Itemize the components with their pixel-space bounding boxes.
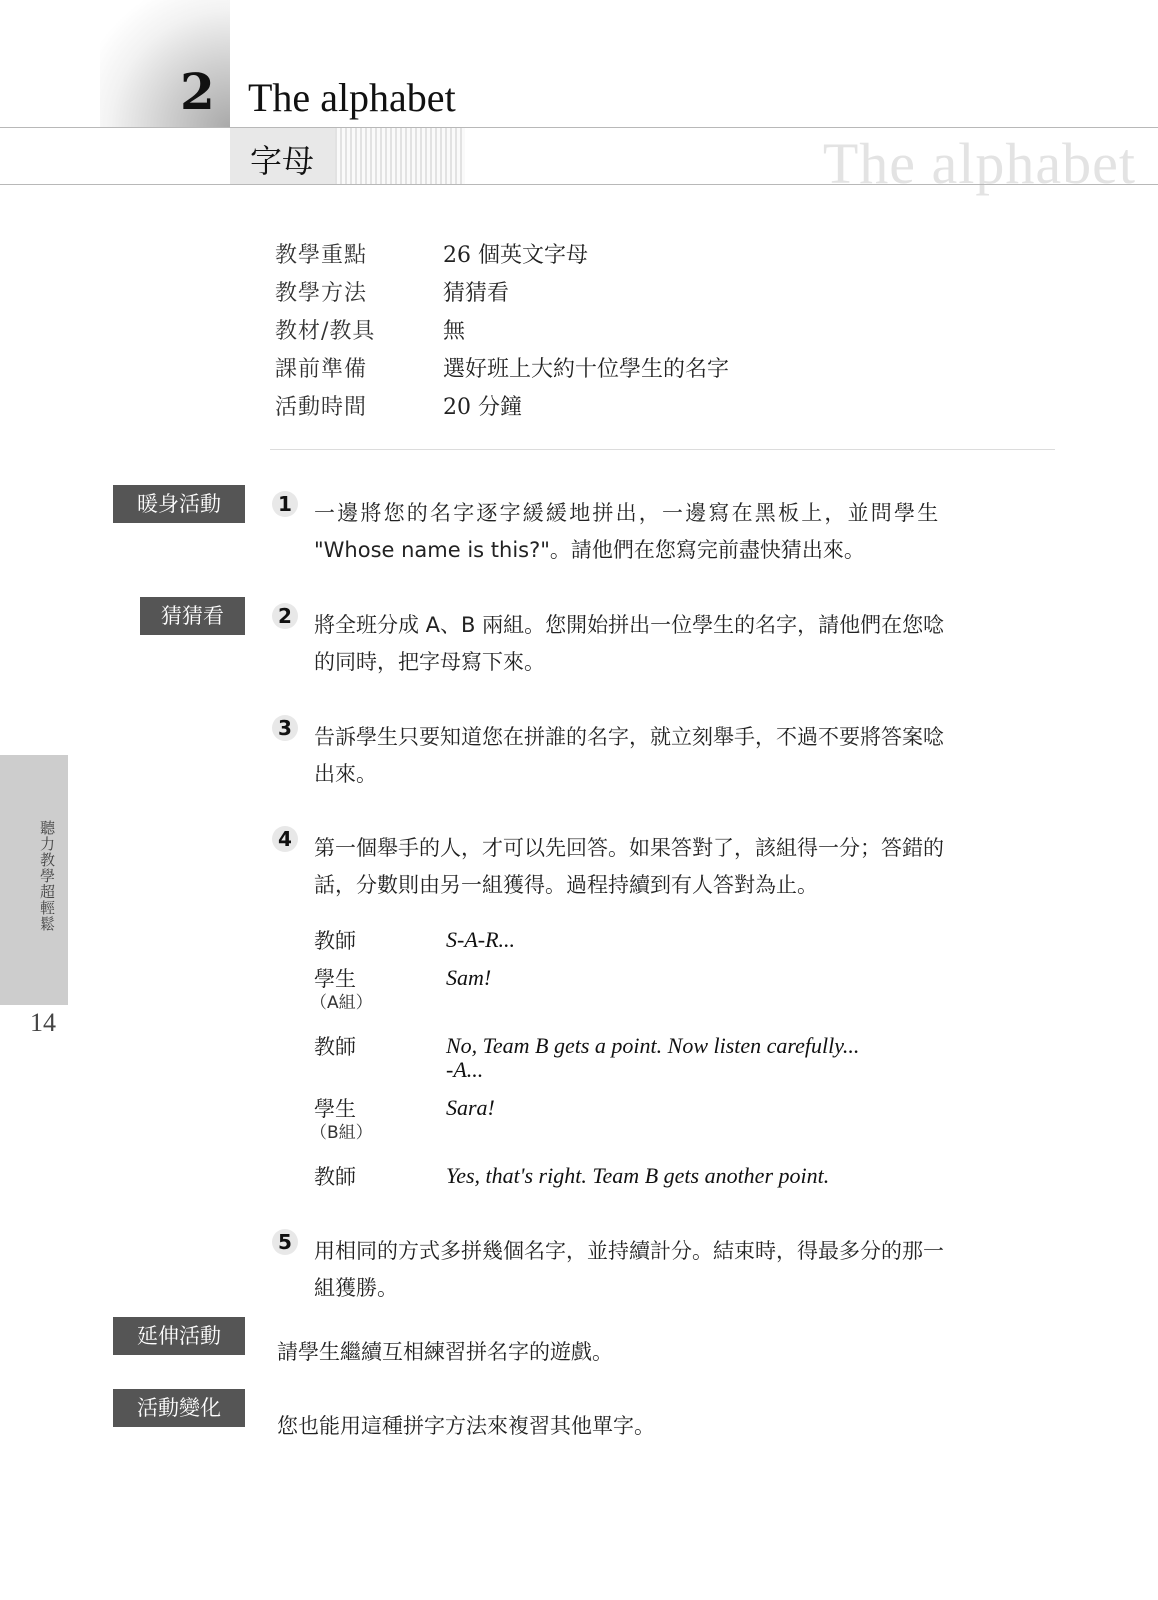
- chapter-title: The alphabet: [248, 74, 456, 121]
- info-value: 無: [443, 314, 465, 345]
- tag-variation: 活動變化: [113, 1389, 245, 1427]
- step-text: 第一個舉手的人，才可以先回答。如果答對了，該組得一分；答錯的 話，分數則由另一組…: [314, 830, 944, 904]
- dialogue-line: Sam!: [446, 966, 491, 1034]
- dialogue-line: S-A-R...: [446, 928, 515, 966]
- info-value: 26 個英文字母: [443, 238, 588, 269]
- step-number-badge: 5: [272, 1229, 298, 1255]
- step-text-line: 的同時，把字母寫下來。: [314, 644, 944, 681]
- extension-text: 請學生繼續互相練習拼名字的遊戲。: [277, 1336, 613, 1366]
- page-number: 14: [30, 1008, 56, 1038]
- step-text: 告訴學生只要知道您在拼誰的名字，就立刻舉手，不過不要將答案唸 出來。: [314, 719, 944, 793]
- dialogue-line: No, Team B gets a point. Now listen care…: [446, 1034, 859, 1096]
- dialogue-row: 教師 No, Team B gets a point. Now listen c…: [314, 1034, 1014, 1096]
- info-row: 教材/教具 無: [275, 310, 729, 348]
- tag-guess: 猜猜看: [140, 597, 245, 635]
- step-text-line: 將全班分成 A、B 兩組。您開始拼出一位學生的名字，請他們在您唸: [314, 607, 944, 644]
- info-row: 教學方法 猜猜看: [275, 272, 729, 310]
- info-value: 選好班上大約十位學生的名字: [443, 352, 729, 383]
- dialogue-speaker: 學生 （B組）: [314, 1096, 446, 1164]
- dialogue-speaker: 教師: [314, 1034, 446, 1096]
- chapter-subtitle: 字母: [250, 136, 314, 182]
- info-value: 20 分鐘: [443, 390, 522, 421]
- side-tab-label: 聽力教學超輕鬆: [34, 820, 58, 932]
- step-1: 1 一邊將您的名字逐字緩緩地拼出，一邊寫在黑板上，並問學生 "Whose nam…: [272, 495, 1062, 569]
- header-rule-top: [0, 127, 1158, 128]
- step-4: 4 第一個舉手的人，才可以先回答。如果答對了，該組得一分；答錯的 話，分數則由另…: [272, 830, 1062, 904]
- step-text: 一邊將您的名字逐字緩緩地拼出，一邊寫在黑板上，並問學生 "Whose name …: [314, 495, 940, 569]
- step-2: 2 將全班分成 A、B 兩組。您開始拼出一位學生的名字，請他們在您唸 的同時，把…: [272, 607, 1062, 681]
- step-text-line: 組獲勝。: [314, 1270, 944, 1307]
- info-label: 課前準備: [275, 352, 443, 383]
- tag-warmup: 暖身活動: [113, 485, 245, 523]
- dialogue-row: 學生 （A組） Sam!: [314, 966, 1014, 1034]
- step-number-badge: 3: [272, 715, 298, 741]
- step-text-line: "Whose name is this?"。請他們在您寫完前盡快猜出來。: [314, 532, 940, 569]
- lesson-info-table: 教學重點 26 個英文字母 教學方法 猜猜看 教材/教具 無 課前準備 選好班上…: [275, 234, 729, 424]
- info-label: 教學重點: [275, 238, 443, 269]
- section-divider: [270, 449, 1055, 450]
- step-text: 用相同的方式多拼幾個名字，並持續計分。結束時，得最多分的那一 組獲勝。: [314, 1233, 944, 1307]
- step-text-line: 第一個舉手的人，才可以先回答。如果答對了，該組得一分；答錯的: [314, 830, 944, 867]
- step-text-line: 告訴學生只要知道您在拼誰的名字，就立刻舉手，不過不要將答案唸: [314, 719, 944, 756]
- info-label: 教學方法: [275, 276, 443, 307]
- dialogue-line-part: -A...: [446, 1058, 859, 1082]
- subtitle-stripes: [335, 128, 465, 184]
- info-row: 課前準備 選好班上大約十位學生的名字: [275, 348, 729, 386]
- chapter-number: 2: [180, 62, 215, 121]
- dialogue-row: 學生 （B組） Sara!: [314, 1096, 1014, 1164]
- dialogue-line: Sara!: [446, 1096, 495, 1164]
- dialogue-team: （A組）: [310, 992, 446, 1014]
- step-text-line: 一邊將您的名字逐字緩緩地拼出，一邊寫在黑板上，並問學生: [314, 495, 940, 532]
- step-number-badge: 4: [272, 826, 298, 852]
- dialogue-speaker: 學生 （A組）: [314, 966, 446, 1034]
- step-text-line: 用相同的方式多拼幾個名字，並持續計分。結束時，得最多分的那一: [314, 1233, 944, 1270]
- dialogue-row: 教師 S-A-R...: [314, 928, 1014, 966]
- dialogue-speaker: 教師: [314, 928, 446, 966]
- dialogue-team: （B組）: [310, 1122, 446, 1144]
- header-rule-bottom: [0, 184, 1158, 185]
- step-number-badge: 2: [272, 603, 298, 629]
- dialogue-row: 教師 Yes, that's right. Team B gets anothe…: [314, 1164, 1014, 1202]
- info-row: 活動時間 20 分鐘: [275, 386, 729, 424]
- step-3: 3 告訴學生只要知道您在拼誰的名字，就立刻舉手，不過不要將答案唸 出來。: [272, 719, 1062, 793]
- tag-extension: 延伸活動: [113, 1317, 245, 1355]
- step-text: 將全班分成 A、B 兩組。您開始拼出一位學生的名字，請他們在您唸 的同時，把字母…: [314, 607, 944, 681]
- dialogue-line: Yes, that's right. Team B gets another p…: [446, 1164, 829, 1202]
- variation-text: 您也能用這種拼字方法來複習其他單字。: [277, 1410, 655, 1440]
- info-label: 教材/教具: [275, 314, 443, 345]
- step-number-badge: 1: [272, 491, 298, 517]
- step-text-line: 出來。: [314, 756, 944, 793]
- dialogue-speaker: 教師: [314, 1164, 446, 1202]
- dialogue-line-part: No, Team B gets a point. Now listen care…: [446, 1034, 859, 1058]
- step-5: 5 用相同的方式多拼幾個名字，並持續計分。結束時，得最多分的那一 組獲勝。: [272, 1233, 1062, 1307]
- watermark-title: The alphabet: [823, 130, 1136, 197]
- info-label: 活動時間: [275, 390, 443, 421]
- dialogue: 教師 S-A-R... 學生 （A組） Sam! 教師 No, Team B g…: [314, 928, 1014, 1202]
- step-text-line: 話，分數則由另一組獲得。過程持續到有人答對為止。: [314, 867, 944, 904]
- info-value: 猜猜看: [443, 276, 509, 307]
- info-row: 教學重點 26 個英文字母: [275, 234, 729, 272]
